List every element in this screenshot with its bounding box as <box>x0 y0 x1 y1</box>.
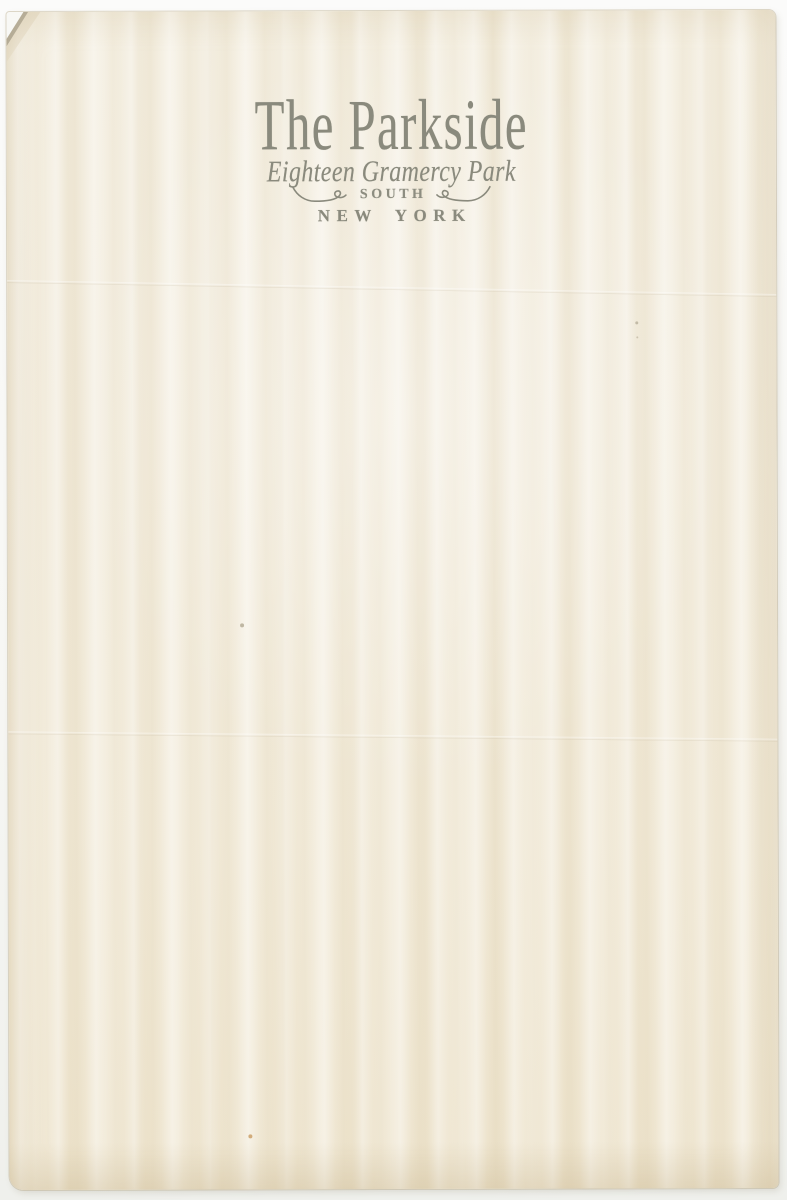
letterhead-header: The Parkside Eighteen Gramercy Park SOUT… <box>6 10 775 12</box>
paper-speck <box>248 1134 252 1138</box>
fold-crease-upper <box>6 280 778 297</box>
fold-crease-lower <box>6 731 778 742</box>
paper-speck <box>636 336 638 338</box>
city-name: NEW YORK <box>7 206 776 225</box>
address-south-row: SOUTH <box>7 183 776 207</box>
address-south: SOUTH <box>356 188 426 202</box>
paper-speck <box>240 623 244 627</box>
flourish-right-icon <box>433 185 491 205</box>
paper-speck <box>635 321 638 324</box>
letterhead-sheet: The Parkside Eighteen Gramercy Park SOUT… <box>6 10 778 1190</box>
flourish-left-icon <box>291 185 349 205</box>
hotel-name: The Parkside <box>130 88 653 161</box>
photo-background: The Parkside Eighteen Gramercy Park SOUT… <box>0 0 787 1200</box>
